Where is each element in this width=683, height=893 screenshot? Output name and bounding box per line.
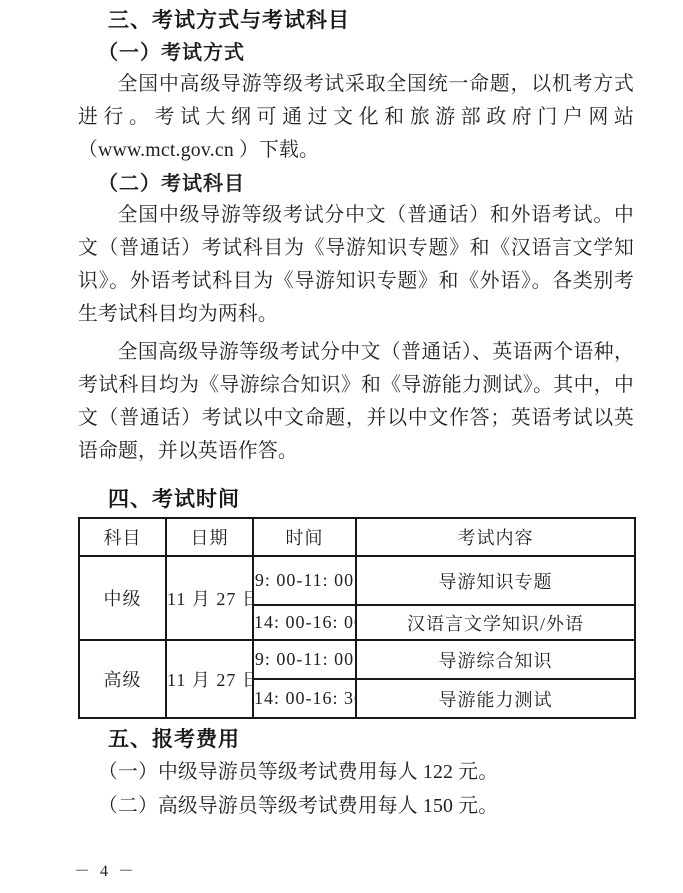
- cell-content: 导游能力测试: [356, 679, 635, 718]
- cell-subject-intermediate: 中级: [79, 556, 166, 640]
- paragraph-exam-method: 全国中高级导游等级考试采取全国统一命题，以机考方式进行。考试大纲可通过文化和旅游…: [78, 68, 634, 167]
- exam-schedule-table: 科目 日期 时间 考试内容 中级 11 月 27 日 9: 00-11: 00 …: [78, 517, 636, 719]
- table-row: 中级 11 月 27 日 9: 00-11: 00 导游知识专题: [79, 556, 635, 605]
- paragraph-advanced-subjects: 全国高级导游等级考试分中文（普通话）、英语两个语种，考试科目均为《导游综合知识》…: [78, 336, 634, 468]
- cell-content: 导游综合知识: [356, 640, 635, 679]
- table-header-row: 科目 日期 时间 考试内容: [79, 518, 635, 556]
- page-number: － 4 －: [74, 858, 137, 881]
- header-cell-content: 考试内容: [356, 518, 635, 556]
- cell-time: 14: 00-16: 30: [253, 679, 356, 718]
- fee-item-advanced: （二）高级导游员等级考试费用每人 150 元。: [98, 789, 634, 823]
- cell-time: 14: 00-16: 00: [253, 605, 356, 640]
- cell-content: 导游知识专题: [356, 556, 635, 605]
- header-cell-time: 时间: [253, 518, 356, 556]
- cell-date-advanced: 11 月 27 日: [166, 640, 253, 718]
- table-row: 高级 11 月 27 日 9: 00-11: 00 导游综合知识: [79, 640, 635, 679]
- header-cell-date: 日期: [166, 518, 253, 556]
- document-page: 三、考试方式与考试科目 （一）考试方式 全国中高级导游等级考试采取全国统一命题，…: [0, 0, 683, 893]
- header-cell-subject: 科目: [79, 518, 166, 556]
- cell-time: 9: 00-11: 00: [253, 640, 356, 679]
- cell-content: 汉语言文学知识/外语: [356, 605, 635, 640]
- fee-item-intermediate: （一）中级导游员等级考试费用每人 122 元。: [98, 755, 634, 789]
- section-5-heading: 五、报考费用: [108, 725, 634, 755]
- section-3-heading: 三、考试方式与考试科目: [108, 6, 634, 36]
- section-3-2-heading: （二）考试科目: [98, 169, 634, 199]
- section-4-heading: 四、考试时间: [108, 485, 634, 515]
- section-3-1-heading: （一）考试方式: [98, 38, 634, 68]
- paragraph-intermediate-subjects: 全国中级导游等级考试分中文（普通话）和外语考试。中文（普通话）考试科目为《导游知…: [78, 199, 634, 331]
- cell-date-intermediate: 11 月 27 日: [166, 556, 253, 640]
- cell-time: 9: 00-11: 00: [253, 556, 356, 605]
- cell-subject-advanced: 高级: [79, 640, 166, 718]
